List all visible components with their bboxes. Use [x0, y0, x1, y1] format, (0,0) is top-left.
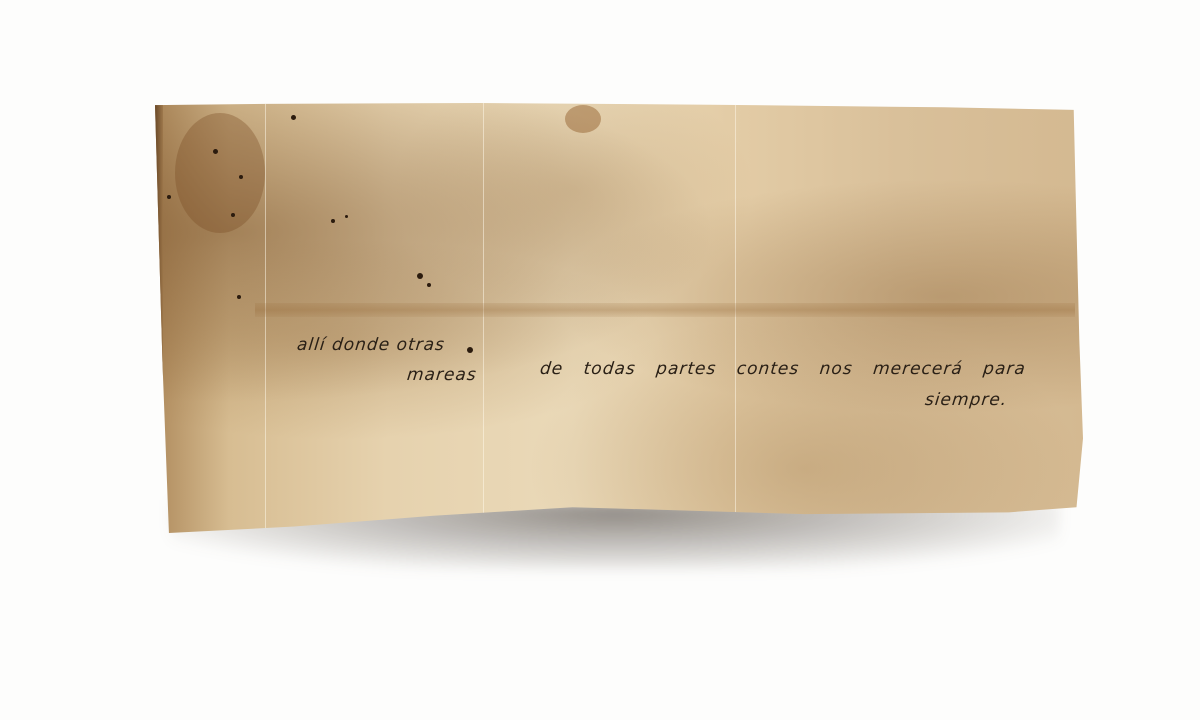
dark-stain: [175, 113, 265, 233]
ink-drip: [331, 219, 335, 223]
handwriting-line-2: mareas: [406, 365, 478, 385]
ink-drip: [237, 295, 241, 299]
ink-drip: [239, 175, 243, 179]
ink-drip: [345, 215, 348, 218]
ink-drip: [167, 195, 171, 199]
paper-artwork: allí donde otras mareas de todas partes …: [155, 103, 1083, 533]
handwriting-line-3: de todas partes contes nos merecerá para: [539, 359, 1027, 379]
handwriting-line-1: allí donde otras: [296, 335, 446, 355]
ink-drip: [427, 283, 431, 287]
ink-drip: [417, 273, 423, 279]
ink-drip: [231, 213, 235, 217]
horizontal-fold: [255, 303, 1075, 317]
ink-drip: [467, 347, 473, 353]
panel-seam: [735, 103, 736, 533]
panel-seam: [265, 103, 266, 533]
ink-drip: [291, 115, 296, 120]
left-edge: [155, 103, 163, 533]
handwriting-line-4: siempre.: [924, 390, 1008, 410]
panel-seam: [483, 103, 484, 533]
coffee-stain: [565, 105, 601, 133]
ink-drip: [213, 149, 218, 154]
